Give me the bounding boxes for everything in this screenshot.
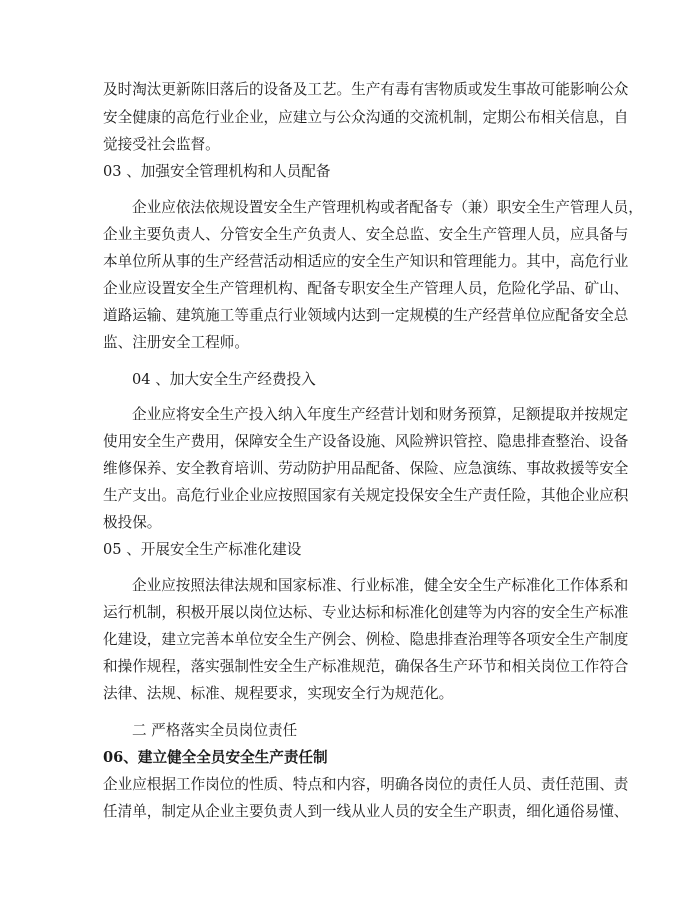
section-heading-06: 06、建立健全全员安全生产责任制 [103, 748, 328, 768]
paragraph-line: 化建设，建立完善本单位安全生产例会、例检、隐患排查治理等各项安全生产制度 [103, 630, 628, 650]
section-heading-04: 04 、加大安全生产经费投入 [132, 370, 316, 390]
chapter-heading-two: 二 严格落实全员岗位责任 [132, 721, 297, 741]
paragraph-line: 企业应将安全生产投入纳入年度生产经营计划和财务预算，足额提取并按规定 [132, 405, 628, 425]
paragraph-line: 企业应按照法律法规和国家标准、行业标准，健全安全生产标准化工作体系和 [132, 576, 628, 596]
section-heading-05: 05 、开展安全生产标准化建设 [103, 540, 301, 560]
paragraph-line: 企业应根据工作岗位的性质、特点和内容，明确各岗位的责任人员、责任范围、责 [103, 775, 628, 795]
paragraph-line: 企业应设置安全生产管理机构、配备专职安全生产管理人员，危险化学品、矿山、 [103, 279, 628, 299]
paragraph-line: 安全健康的高危行业企业，应建立与公众沟通的交流机制，定期公布相关信息，自 [103, 108, 599, 128]
section-heading-03: 03 、加强安全管理机构和人员配备 [103, 162, 331, 182]
paragraph-line: 运行机制，积极开展以岗位达标、专业达标和标准化创建等为内容的安全生产标准 [103, 603, 628, 623]
paragraph-line: 监、注册安全工程师。 [103, 333, 249, 353]
paragraph-line: 使用安全生产费用，保障安全生产设备设施、风险辨识管控、隐患排查整治、设备 [103, 432, 628, 452]
paragraph-line: 本单位所从事的生产经营活动相适应的安全生产知识和管理能力。其中，高危行业 [103, 252, 628, 272]
paragraph-line: 生产支出。高危行业企业应按照国家有关规定投保安全生产责任险，其他企业应积 [103, 486, 628, 506]
paragraph-line: 及时淘汰更新陈旧落后的设备及工艺。生产有毒有害物质或发生事故可能影响公众 [103, 80, 599, 100]
paragraph-line: 维修保养、安全教育培训、劳动防护用品配备、保险、应急演练、事故救援等安全 [103, 459, 628, 479]
paragraph-line: 道路运输、建筑施工等重点行业领域内达到一定规模的生产经营单位应配备安全总 [103, 306, 628, 326]
paragraph-line: 极投保。 [103, 513, 161, 533]
paragraph-line: 企业主要负责人、分管安全生产负责人、安全总监、安全生产管理人员，应具备与 [103, 225, 628, 245]
paragraph-line: 法律、法规、标准、规程要求，实现安全行为规范化。 [103, 684, 453, 704]
paragraph-line: 任清单，制定从企业主要负责人到一线从业人员的安全生产职责，细化通俗易懂、 [103, 802, 628, 822]
paragraph-line: 和操作规程，落实强制性安全生产标准规范，确保各生产环节和相关岗位工作符合 [103, 657, 628, 677]
paragraph-line: 觉接受社会监督。 [103, 135, 220, 155]
paragraph-line: 企业应依法依规设置安全生产管理机构或者配备专（兼）职安全生产管理人员， [132, 198, 643, 218]
